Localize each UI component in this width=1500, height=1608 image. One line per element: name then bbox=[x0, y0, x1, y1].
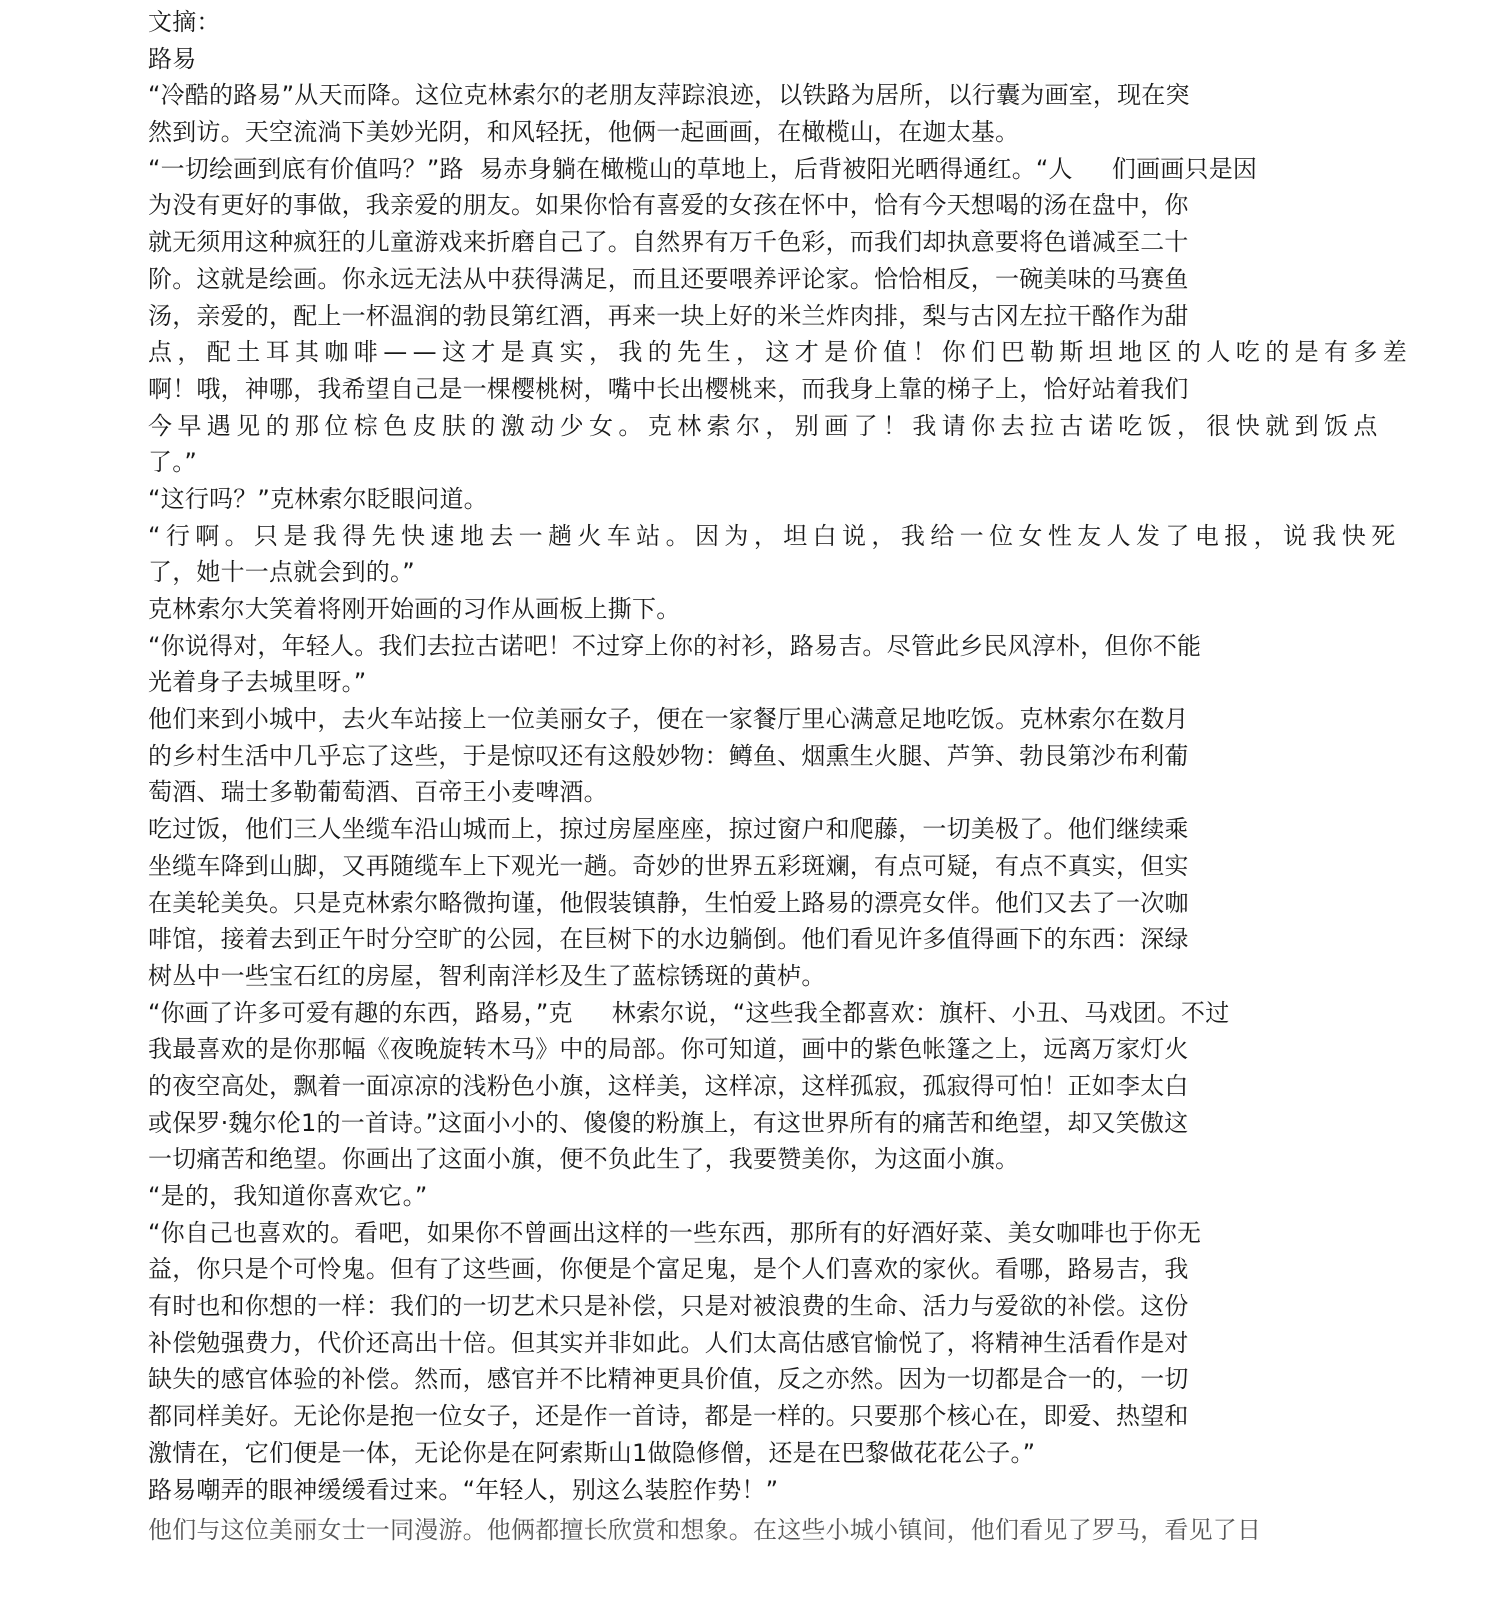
text-line: 啊！哦，神哪，我希望自己是一棵樱桃树，嘴中长出樱桃来，而我身上靠的梯子上，恰好站… bbox=[148, 371, 1408, 408]
text-line: 他们来到小城中，去火车站接上一位美丽女子，便在一家餐厅里心满意足地吃饭。克林索尔… bbox=[148, 701, 1408, 738]
text-line: “这行吗？”克林索尔眨眼问道。 bbox=[148, 481, 1408, 518]
text-line: 汤，亲爱的，配上一杯温润的勃艮第红酒，再来一块上好的米兰炸肉排，梨与古冈左拉干酪… bbox=[148, 298, 1408, 335]
story-title: 路易 bbox=[148, 41, 1408, 78]
text-line: “一切绘画到底有价值吗？”路 易赤身躺在橄榄山的草地上，后背被阳光晒得通红。“人… bbox=[148, 151, 1408, 188]
text-line: 克林索尔大笑着将刚开始画的习作从画板上撕下。 bbox=[148, 591, 1408, 628]
text-line: 都同样美好。无论你是抱一位女子，还是作一首诗，都是一样的。只要那个核心在，即爱、… bbox=[148, 1398, 1408, 1435]
text-line: 在美轮美奂。只是克林索尔略微拘谨，他假装镇静，生怕爱上路易的漂亮女伴。他们又去了… bbox=[148, 885, 1408, 922]
text-line: 或保罗·魏尔伦1的一首诗。”这面小小的、傻傻的粉旗上，有这世界所有的痛苦和绝望，… bbox=[148, 1105, 1408, 1142]
text-line: 有时也和你想的一样：我们的一切艺术只是补偿，只是对被浪费的生命、活力与爱欲的补偿… bbox=[148, 1288, 1408, 1325]
text-line: 的乡村生活中几乎忘了这些，于是惊叹还有这般妙物：鳟鱼、烟熏生火腿、芦笋、勃艮第沙… bbox=[148, 738, 1408, 775]
text-line: 萄酒、瑞士多勒葡萄酒、百帝王小麦啤酒。 bbox=[148, 774, 1408, 811]
text-line: “你自己也喜欢的。看吧，如果你不曾画出这样的一些东西，那所有的好酒好菜、美女咖啡… bbox=[148, 1215, 1408, 1252]
text-line: 了，她十一点就会到的。” bbox=[148, 554, 1408, 591]
text-line: 路易嘲弄的眼神缓缓看过来。“年轻人，别这么装腔作势！” bbox=[148, 1472, 1408, 1509]
text-line: 激情在，它们便是一体，无论你是在阿索斯山1做隐修僧，还是在巴黎做花花公子。” bbox=[148, 1435, 1408, 1472]
text-line: 就无须用这种疯狂的儿童游戏来折磨自己了。自然界有万千色彩，而我们却执意要将色谱减… bbox=[148, 224, 1408, 261]
text-line: 他们与这位美丽女士一同漫游。他俩都擅长欣赏和想象。在这些小城小镇间，他们看见了罗… bbox=[148, 1512, 1408, 1549]
text-line: 一切痛苦和绝望。你画出了这面小旗，便不负此生了，我要赞美你，为这面小旗。 bbox=[148, 1141, 1408, 1178]
text-line: “是的，我知道你喜欢它。” bbox=[148, 1178, 1408, 1215]
text-line: 的夜空高处，飘着一面凉凉的浅粉色小旗，这样美，这样凉，这样孤寂，孤寂得可怕！正如… bbox=[148, 1068, 1408, 1105]
text-line: 缺失的感官体验的补偿。然而，感官并不比精神更具价值，反之亦然。因为一切都是合一的… bbox=[148, 1361, 1408, 1398]
text-line: “你画了许多可爱有趣的东西，路易，”克 林索尔说，“这些我全都喜欢：旗杆、小丑、… bbox=[148, 995, 1408, 1032]
text-line: 啡馆，接着去到正午时分空旷的公园，在巨树下的水边躺倒。他们看见许多值得画下的东西… bbox=[148, 921, 1408, 958]
text-line: 树丛中一些宝石红的房屋，智利南洋杉及生了蓝棕锈斑的黄栌。 bbox=[148, 958, 1408, 995]
text-line: 补偿勉强费力，代价还高出十倍。但其实并非如此。人们太高估感官愉悦了，将精神生活看… bbox=[148, 1325, 1408, 1362]
text-line: 益，你只是个可怜鬼。但有了这些画，你便是个富足鬼，是个人们喜欢的家伙。看哪，路易… bbox=[148, 1251, 1408, 1288]
text-line: 点，配土耳其咖啡——这才是真实，我的先生，这才是价值！你们巴勒斯坦地区的人吃的是… bbox=[148, 334, 1408, 371]
text-line: “冷酷的路易”从天而降。这位克林索尔的老朋友萍踪浪迹，以铁路为居所，以行囊为画室… bbox=[148, 77, 1408, 114]
excerpt-heading: 文摘： bbox=[148, 4, 1408, 41]
text-line: 我最喜欢的是你那幅《夜晚旋转木马》中的局部。你可知道，画中的紫色帐篷之上，远离万… bbox=[148, 1031, 1408, 1068]
text-line: 吃过饭，他们三人坐缆车沿山城而上，掠过房屋座座，掠过窗户和爬藤，一切美极了。他们… bbox=[148, 811, 1408, 848]
text-line: “行啊。只是我得先快速地去一趟火车站。因为，坦白说，我给一位女性友人发了电报，说… bbox=[148, 518, 1408, 555]
text-line: 了。” bbox=[148, 444, 1408, 481]
text-line: 然到访。天空流淌下美妙光阴，和风轻抚，他俩一起画画，在橄榄山，在迦太基。 bbox=[148, 114, 1408, 151]
text-line: 阶。这就是绘画。你永远无法从中获得满足，而且还要喂养评论家。恰恰相反，一碗美味的… bbox=[148, 261, 1408, 298]
text-line: 坐缆车降到山脚，又再随缆车上下观光一趟。奇妙的世界五彩斑斓，有点可疑，有点不真实… bbox=[148, 848, 1408, 885]
document-page: 文摘： 路易 “冷酷的路易”从天而降。这位克林索尔的老朋友萍踪浪迹，以铁路为居所… bbox=[148, 4, 1408, 1549]
text-line: 为没有更好的事做，我亲爱的朋友。如果你恰有喜爱的女孩在怀中，恰有今天想喝的汤在盘… bbox=[148, 187, 1408, 224]
text-line: 今早遇见的那位棕色皮肤的激动少女。克林索尔，别画了！我请你去拉古诺吃饭，很快就到… bbox=[148, 408, 1408, 445]
text-line: “你说得对，年轻人。我们去拉古诺吧！不过穿上你的衬衫，路易吉。尽管此乡民风淳朴，… bbox=[148, 628, 1408, 665]
text-line: 光着身子去城里呀。” bbox=[148, 664, 1408, 701]
